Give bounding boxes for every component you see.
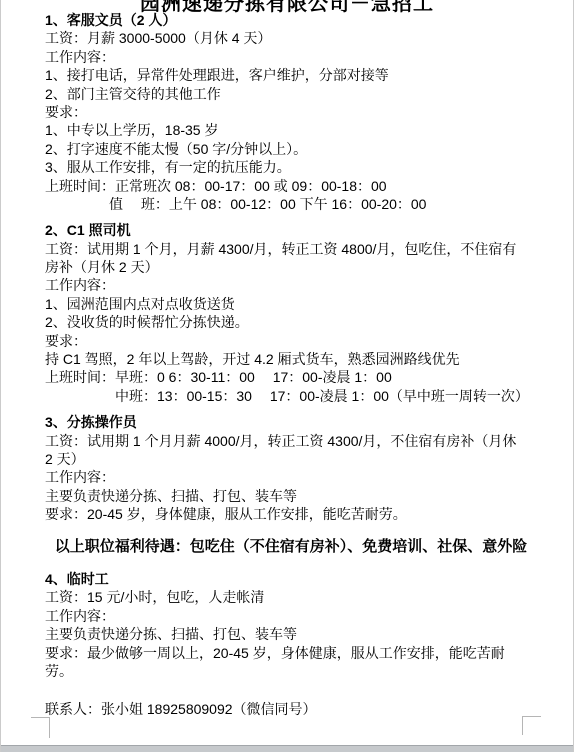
job2-heading: 2、C1 照司机 [45,221,537,239]
job2-salary-1: 工资：试用期 1 个月，月薪 4300/月，转正工资 4800/月，包吃住，不住… [45,240,537,258]
job1-req-2: 2、打字速度不能太慢（50 字/分钟以上）。 [45,140,537,158]
job4-salary: 工资：15 元/小时，包吃，人走帐清 [45,588,537,606]
job4-duties-label: 工作内容： [45,607,537,625]
job1-shift-2: 值 班：上午 08：00-12：00 下午 16：00-20：00 [45,195,537,213]
job2-shift-2: 中班：13：00-15：30 17：00-凌晨 1：00（早中班一周转一次） [45,387,537,405]
job2-duty-1: 1、园洲范围内点对点收货送货 [45,295,537,313]
job4-heading: 4、临时工 [45,570,537,588]
job1-duty-1: 1、接打电话，异常件处理跟进，客户维护，分部对接等 [45,66,537,84]
job1-salary: 工资：月薪 3000-5000（月休 4 天） [45,29,537,47]
job1-req-3: 3、服从工作安排，有一定的抗压能力。 [45,158,537,176]
job1-requirements-label: 要求： [45,103,537,121]
job1-duties-label: 工作内容： [45,48,537,66]
job3-salary-1: 工资：试用期 1 个月月薪 4000/月，转正工资 4300/月，不住宿有房补（… [45,432,537,450]
job3-heading: 3、分拣操作员 [45,413,537,431]
doc-body: 1、客服文员（2 人）工资：月薪 3000-5000（月休 4 天）工作内容：1… [45,11,537,719]
job1-duty-2: 2、部门主管交待的其他工作 [45,85,537,103]
text-boundary-corner-mark-left [31,717,50,738]
job3-duty-1: 主要负责快递分拣、扫描、打包、装车等 [45,487,537,505]
text-boundary-corner-mark-right [522,716,541,735]
job2-requirements-label: 要求： [45,332,537,350]
job4-req-1: 要求：最少做够一周以上，20-45 岁，身体健康，服从工作安排，能吃苦耐 [45,644,537,662]
job2-shift-1: 上班时间：早班：0 6：30-11：00 17：00-凌晨 1：00 [45,368,537,386]
job2-salary-2: 房补（月休 2 天） [45,258,537,276]
job1-shift-1: 上班时间：正常班次 08：00-17：00 或 09：00-18：00 [45,177,537,195]
job2-duty-2: 2、没收货的时候帮忙分拣快递。 [45,313,537,331]
job3-salary-2: 2 天） [45,450,537,468]
job1-heading: 1、客服文员（2 人） [45,11,537,29]
job3-duties-label: 工作内容： [45,468,537,486]
job2-duties-label: 工作内容： [45,276,537,294]
page-bottom-edge-shadow [1,745,573,752]
benefits-line: 以上职位福利待遇：包吃住（不住宿有房补）、免费培训、社保、意外险 [45,538,537,556]
job4-duty-1: 主要负责快递分拣、扫描、打包、装车等 [45,625,537,643]
job1-req-1: 1、中专以上学历，18-35 岁 [45,121,537,139]
job4-req-2: 劳。 [45,662,537,680]
contact-line: 联系人：张小姐 18925809092（微信同号） [45,700,537,718]
job3-req: 要求：20-45 岁，身体健康，服从工作安排，能吃苦耐劳。 [45,505,537,523]
job2-req-1: 持 C1 驾照，2 年以上驾龄，开过 4.2 厢式货车，熟悉园洲路线优先 [45,350,537,368]
document-page: 园洲速递分拣有限公司－急招工 1、客服文员（2 人）工资：月薪 3000-500… [0,0,574,752]
